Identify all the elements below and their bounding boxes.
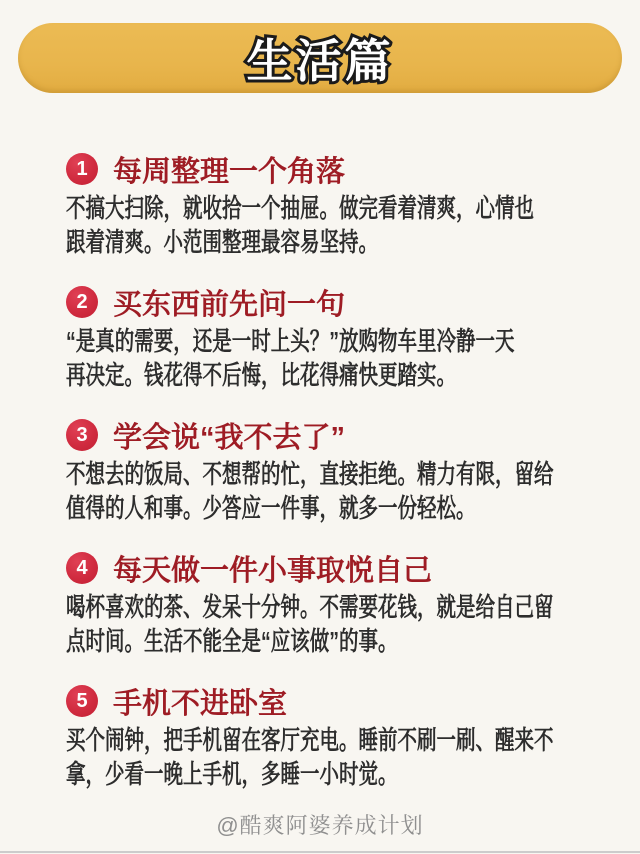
tip-body-text: 不想去的饭局、不想帮的忙，直接拒绝。精力有限，留给 值得的人和事。少答应一件事，…	[66, 457, 465, 525]
infographic-card: 生活篇 1 每周整理一个角落 不搞大扫除，就收拾一个抽屉。做完看着清爽，心情也 …	[0, 0, 640, 854]
header-banner: 生活篇	[18, 23, 622, 93]
tip-title: 每周整理一个角落	[113, 149, 345, 190]
tip-section-3: 3 学会说“我不去了” 不想去的饭局、不想帮的忙，直接拒绝。精力有限，留给 值得…	[66, 418, 598, 525]
tip-heading: 5 手机不进卧室	[66, 684, 598, 718]
tip-number-badge: 4	[66, 552, 98, 584]
tip-title: 每天做一件小事取悦自己	[113, 548, 432, 589]
tip-heading: 4 每天做一件小事取悦自己	[66, 551, 598, 585]
tip-title: 手机不进卧室	[113, 681, 287, 722]
tip-title: 学会说“我不去了”	[113, 415, 345, 456]
tip-body-text: 买个闹钟，把手机留在客厅充电。睡前不刷一刷、醒来不 拿，少看一晚上手机，多睡一小…	[66, 723, 465, 791]
tip-section-1: 1 每周整理一个角落 不搞大扫除，就收拾一个抽屉。做完看着清爽，心情也 跟着清爽…	[66, 152, 598, 259]
tip-section-4: 4 每天做一件小事取悦自己 喝杯喜欢的茶、发呆十分钟。不需要花钱，就是给自己留 …	[66, 551, 598, 658]
tip-number-badge: 2	[66, 286, 98, 318]
page-title: 生活篇	[247, 25, 394, 91]
bottom-divider	[0, 851, 640, 853]
author-handle: @酷爽阿婆养成计划	[0, 809, 640, 840]
tips-list: 1 每周整理一个角落 不搞大扫除，就收拾一个抽屉。做完看着清爽，心情也 跟着清爽…	[66, 152, 598, 817]
tip-number-badge: 3	[66, 419, 98, 451]
tip-body-text: 喝杯喜欢的茶、发呆十分钟。不需要花钱，就是给自己留 点时间。生活不能全是“应该做…	[66, 590, 465, 658]
tip-body-text: “是真的需要，还是一时上头？”放购物车里冷静一天 再决定。钱花得不后悔，比花得痛…	[66, 324, 465, 392]
tip-heading: 1 每周整理一个角落	[66, 152, 598, 186]
tip-section-2: 2 买东西前先问一句 “是真的需要，还是一时上头？”放购物车里冷静一天 再决定。…	[66, 285, 598, 392]
tip-heading: 3 学会说“我不去了”	[66, 418, 598, 452]
tip-body-text: 不搞大扫除，就收拾一个抽屉。做完看着清爽，心情也 跟着清爽。小范围整理最容易坚持…	[66, 191, 465, 259]
tip-title: 买东西前先问一句	[113, 282, 345, 323]
tip-section-5: 5 手机不进卧室 买个闹钟，把手机留在客厅充电。睡前不刷一刷、醒来不 拿，少看一…	[66, 684, 598, 791]
tip-heading: 2 买东西前先问一句	[66, 285, 598, 319]
tip-number-badge: 5	[66, 685, 98, 717]
tip-number-badge: 1	[66, 153, 98, 185]
